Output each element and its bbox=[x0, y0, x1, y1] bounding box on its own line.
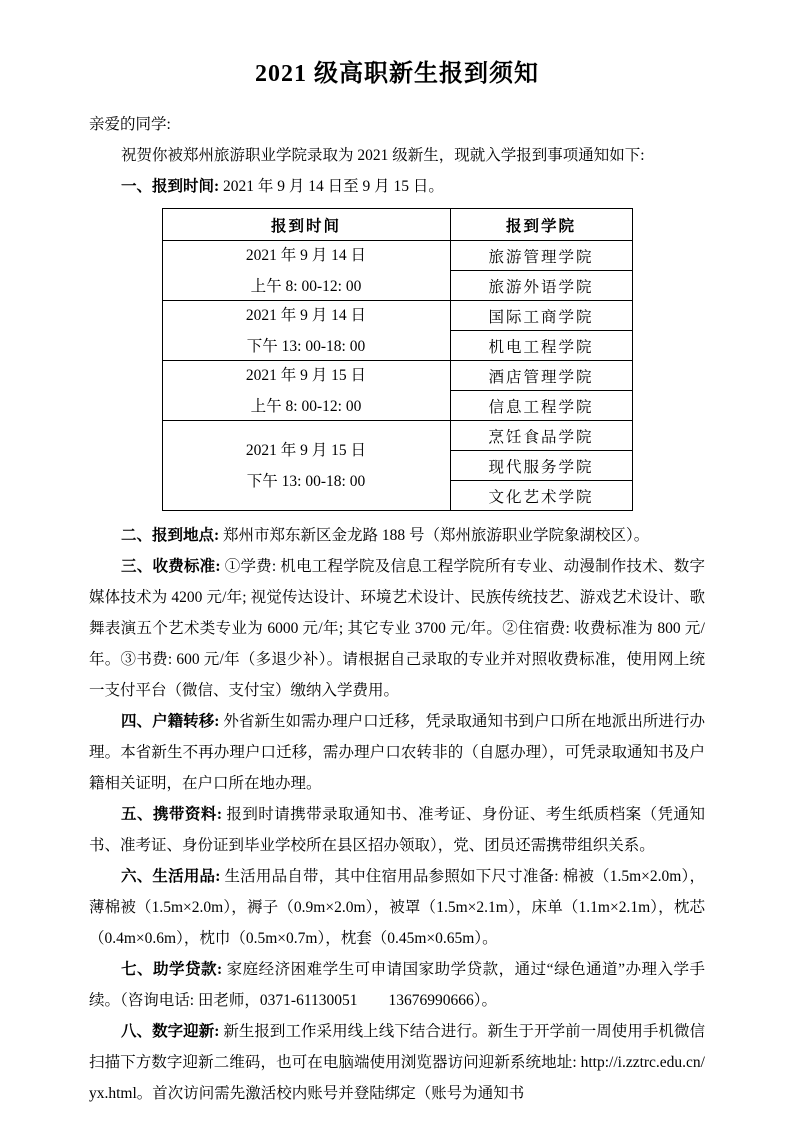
time-date: 2021 年 9 月 15 日 bbox=[163, 360, 450, 391]
college-cell: 旅游管理学院 bbox=[450, 241, 632, 271]
section-report-time-label: 一、报到时间: bbox=[121, 178, 223, 195]
college-cell: 国际工商学院 bbox=[450, 301, 632, 331]
section-report-location: 二、报到地点: 郑州市郑东新区金龙路 188 号（郑州旅游职业学院象湖校区）。 bbox=[89, 520, 705, 551]
page-title: 2021 级高职新生报到须知 bbox=[89, 56, 705, 92]
section-household-transfer-label: 四、户籍转移: bbox=[121, 713, 223, 730]
intro-paragraph: 祝贺你被郑州旅游职业学院录取为 2021 级新生，现就入学报到事项通知如下: bbox=[89, 140, 705, 171]
time-date: 2021 年 9 月 14 日 bbox=[163, 240, 450, 271]
time-cell-group-2: 2021 年 9 月 14 日 下午 13: 00-18: 00 bbox=[162, 301, 450, 361]
section-report-location-text: 郑州市郑东新区金龙路 188 号（郑州旅游职业学院象湖校区）。 bbox=[223, 527, 649, 544]
table-row: 2021 年 9 月 15 日 上午 8: 00-12: 00 酒店管理学院 bbox=[162, 361, 632, 391]
section-documents: 五、携带资料: 报到时请携带录取通知书、准考证、身份证、考生纸质档案（凭通知书、… bbox=[89, 799, 705, 861]
table-row: 2021 年 9 月 14 日 下午 13: 00-18: 00 国际工商学院 bbox=[162, 301, 632, 331]
section-student-loan: 七、助学贷款: 家庭经济困难学生可申请国家助学贷款，通过“绿色通道”办理入学手续… bbox=[89, 954, 705, 1016]
section-daily-necessities-label: 六、生活用品: bbox=[121, 868, 224, 885]
section-digital-registration: 八、数字迎新: 新生报到工作采用线上线下结合进行。新生于开学前一周使用手机微信扫… bbox=[89, 1016, 705, 1109]
college-cell: 机电工程学院 bbox=[450, 331, 632, 361]
report-schedule-table: 报到时间 报到学院 2021 年 9 月 14 日 上午 8: 00-12: 0… bbox=[162, 208, 633, 511]
section-fees-text: ①学费: 机电工程学院及信息工程学院所有专业、动漫制作技术、数字媒体技术为 42… bbox=[89, 558, 705, 699]
college-cell: 旅游外语学院 bbox=[450, 271, 632, 301]
time-range: 下午 13: 00-18: 00 bbox=[163, 331, 450, 362]
section-documents-label: 五、携带资料: bbox=[121, 806, 226, 823]
time-cell-group-4: 2021 年 9 月 15 日 下午 13: 00-18: 00 bbox=[162, 421, 450, 511]
college-cell: 现代服务学院 bbox=[450, 451, 632, 481]
time-range: 上午 8: 00-12: 00 bbox=[163, 391, 450, 422]
section-household-transfer: 四、户籍转移: 外省新生如需办理户口迁移，凭录取通知书到户口所在地派出所进行办理… bbox=[89, 706, 705, 799]
section-report-location-label: 二、报到地点: bbox=[121, 527, 223, 544]
time-cell-group-3: 2021 年 9 月 15 日 上午 8: 00-12: 00 bbox=[162, 361, 450, 421]
salutation: 亲爱的同学: bbox=[89, 109, 705, 140]
time-cell-group-1: 2021 年 9 月 14 日 上午 8: 00-12: 00 bbox=[162, 241, 450, 301]
col-header-report-time: 报到时间 bbox=[162, 209, 450, 241]
section-report-time-text: 2021 年 9 月 14 日至 9 月 15 日。 bbox=[223, 178, 444, 195]
table-row: 2021 年 9 月 15 日 下午 13: 00-18: 00 烹饪食品学院 bbox=[162, 421, 632, 451]
college-cell: 文化艺术学院 bbox=[450, 481, 632, 511]
table-header-row: 报到时间 报到学院 bbox=[162, 209, 632, 241]
col-header-report-college: 报到学院 bbox=[450, 209, 632, 241]
time-date: 2021 年 9 月 15 日 bbox=[163, 435, 450, 466]
section-daily-necessities: 六、生活用品: 生活用品自带，其中住宿用品参照如下尺寸准备: 棉被（1.5m×2… bbox=[89, 861, 705, 954]
table-row: 2021 年 9 月 14 日 上午 8: 00-12: 00 旅游管理学院 bbox=[162, 241, 632, 271]
section-fees: 三、收费标准: ①学费: 机电工程学院及信息工程学院所有专业、动漫制作技术、数字… bbox=[89, 551, 705, 706]
document-page: 2021 级高职新生报到须知 亲爱的同学: 祝贺你被郑州旅游职业学院录取为 20… bbox=[0, 0, 794, 1123]
time-date: 2021 年 9 月 14 日 bbox=[163, 300, 450, 331]
section-fees-label: 三、收费标准: bbox=[121, 558, 225, 575]
section-report-time: 一、报到时间: 2021 年 9 月 14 日至 9 月 15 日。 bbox=[89, 171, 705, 202]
section-student-loan-label: 七、助学贷款: bbox=[121, 961, 227, 978]
time-range: 上午 8: 00-12: 00 bbox=[163, 271, 450, 302]
college-cell: 信息工程学院 bbox=[450, 391, 632, 421]
time-range: 下午 13: 00-18: 00 bbox=[163, 466, 450, 497]
college-cell: 烹饪食品学院 bbox=[450, 421, 632, 451]
section-digital-registration-label: 八、数字迎新: bbox=[121, 1023, 223, 1040]
college-cell: 酒店管理学院 bbox=[450, 361, 632, 391]
